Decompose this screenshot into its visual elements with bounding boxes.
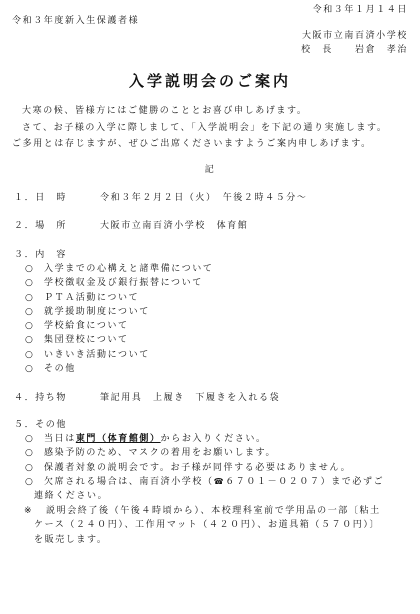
supplies-note-line-3: を販売します。 bbox=[34, 536, 107, 545]
addressee: 令和３年度新入生保護者様 bbox=[12, 17, 139, 26]
datetime-value: 令和３年２月２日（火） 午後２時４５分～ bbox=[100, 194, 308, 203]
phone-number: ６７０１－０２０７ bbox=[225, 477, 320, 487]
supplies-note-line-2: ケース（２４０円）、工作用マット（４２０円）、お道具箱（５７０円）〕 bbox=[34, 521, 380, 530]
supplies-note-line-1: 説明会終了後（午後４時頃から）、本校理科室前で学用品の一部〔粘土 bbox=[46, 507, 381, 516]
entry-note: 当日は東門（体育館側）からお入りください。 bbox=[44, 435, 267, 444]
bullet-icon: ○ bbox=[25, 478, 34, 487]
bullet-icon: ○ bbox=[25, 336, 34, 345]
ki-heading: 記 bbox=[0, 166, 420, 175]
bullet-icon: ○ bbox=[25, 279, 34, 288]
list-item: ＰＴＡ活動について bbox=[44, 294, 139, 303]
document-title: 入学説明会のご案内 bbox=[0, 74, 420, 89]
issue-date: 令和３年１月１４日 bbox=[313, 6, 408, 15]
intro-line-1: 大寒の候、皆様方にはご健勝のこととお喜び申しあげます。 bbox=[22, 107, 307, 116]
phone-icon: ☎ bbox=[214, 477, 226, 486]
list-item: いきいき活動について bbox=[44, 351, 150, 360]
datetime-label: １．日 時 bbox=[14, 194, 67, 203]
place-label: ２．場 所 bbox=[14, 222, 67, 231]
other-label: ５．その他 bbox=[14, 421, 67, 430]
intro-line-2: さて、お子様の入学に際しまして、「入学説明会」を下記の通り実施します。 bbox=[22, 124, 387, 133]
bullet-icon: ○ bbox=[25, 351, 34, 360]
principal-title: 校 長 bbox=[301, 45, 333, 55]
principal-line: 校 長岩倉 孝治 bbox=[301, 46, 408, 55]
list-item: 学校徴収金及び銀行振替について bbox=[44, 279, 203, 288]
mask-note: 感染予防のため、マスクの着用をお願いします。 bbox=[44, 449, 276, 458]
bullet-icon: ○ bbox=[25, 464, 34, 473]
absence-note: 欠席される場合は、南百済小学校（☎６７０１－０２０７）まで必ずご bbox=[44, 478, 384, 487]
belongings-label: ４．持ち物 bbox=[14, 394, 67, 403]
place-value: 大阪市立南百済小学校 体育館 bbox=[100, 222, 248, 231]
note-mark-icon: ※ bbox=[24, 507, 33, 516]
belongings-value: 筆記用具 上履き 下履きを入れる袋 bbox=[100, 394, 280, 403]
intro-line-3: ご多用とは存じますが、ぜひご出席くださいますようご案内申しあげます。 bbox=[12, 140, 372, 149]
content-label: ３．内 容 bbox=[14, 251, 67, 260]
guardian-note: 保護者対象の説明会です。お子様が同伴する必要はありません。 bbox=[44, 464, 351, 473]
bullet-icon: ○ bbox=[25, 449, 34, 458]
list-item: 集団登校について bbox=[44, 336, 129, 345]
list-item: 就学援助制度について bbox=[44, 308, 150, 317]
bullet-icon: ○ bbox=[25, 308, 34, 317]
entry-gate-emphasis: 東門（体育館側） bbox=[76, 434, 161, 444]
bullet-icon: ○ bbox=[25, 265, 34, 274]
bullet-icon: ○ bbox=[25, 294, 34, 303]
list-item: 入学までの心構えと諸準備について bbox=[44, 265, 213, 274]
list-item: 学校給食について bbox=[44, 322, 129, 331]
absence-note-cont: 連絡ください。 bbox=[34, 492, 108, 501]
bullet-icon: ○ bbox=[25, 322, 34, 331]
bullet-icon: ○ bbox=[25, 365, 34, 374]
list-item: その他 bbox=[44, 365, 76, 374]
school-name: 大阪市立南百済小学校 bbox=[302, 32, 408, 41]
bullet-icon: ○ bbox=[25, 435, 34, 444]
principal-name: 岩倉 孝治 bbox=[355, 45, 408, 55]
